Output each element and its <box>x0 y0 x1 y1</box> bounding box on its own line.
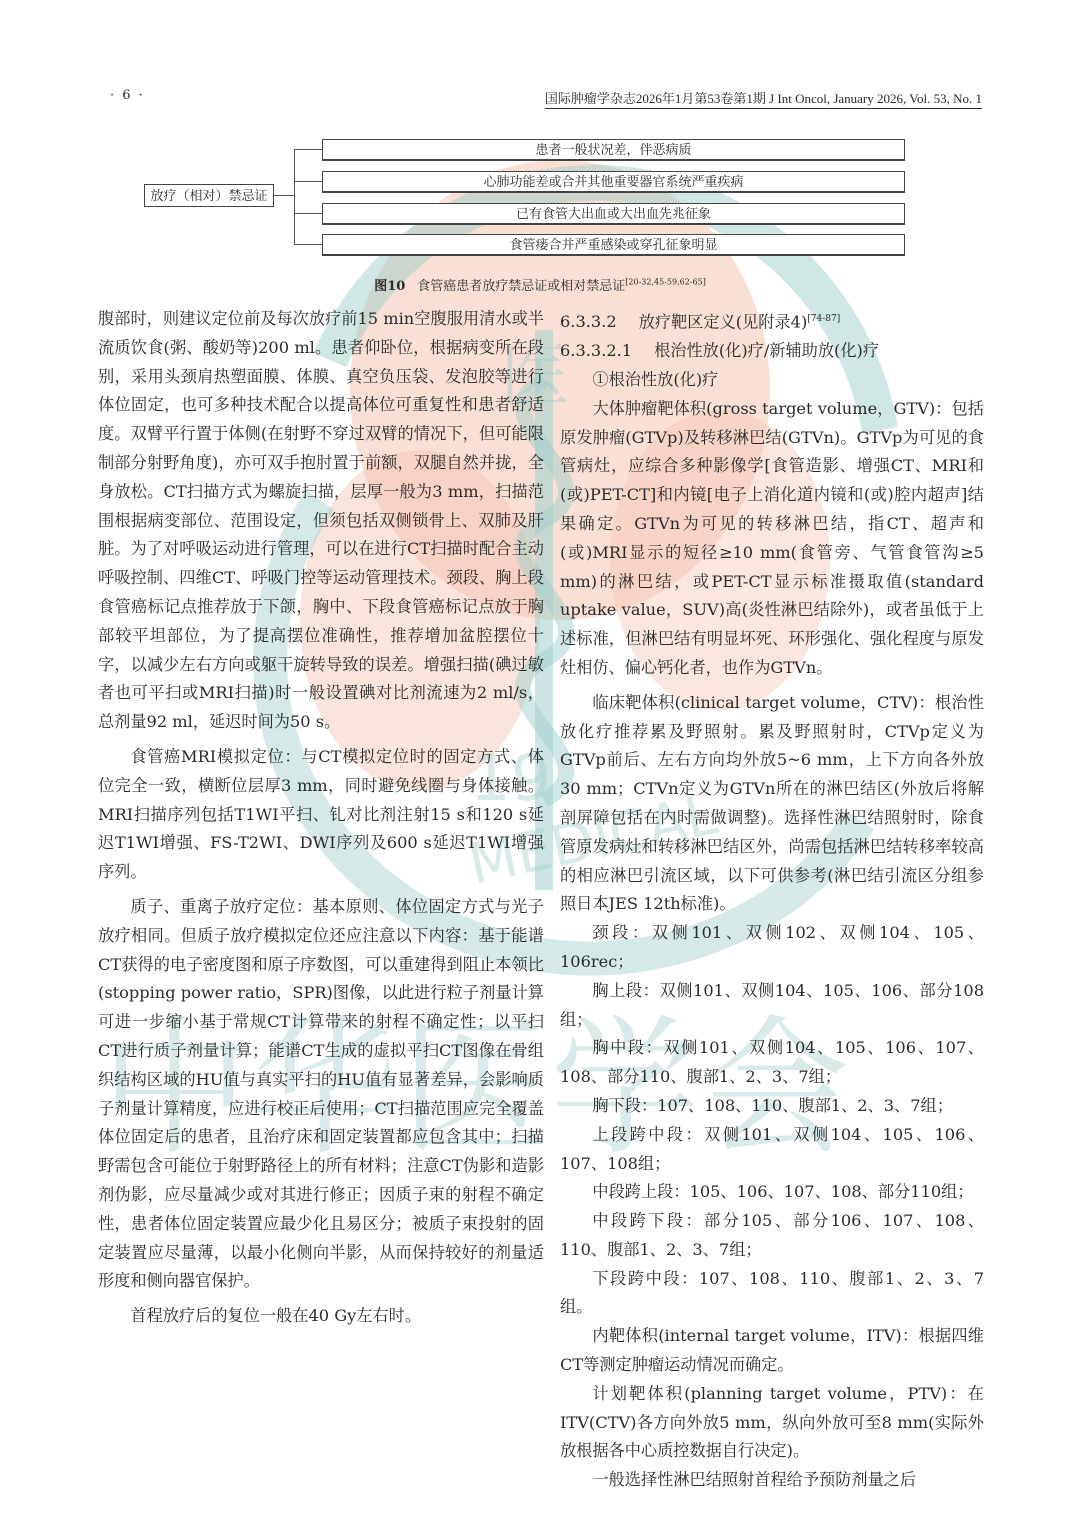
lymph-group-item: 颈段：双侧101、双侧102、双侧104、105、106rec； <box>560 919 984 977</box>
paragraph: 一般选择性淋巴结照射首程给予预防剂量之后 <box>560 1466 984 1495</box>
connector-line <box>294 181 322 182</box>
diagram-root-node: 放疗（相对）禁忌证 <box>144 184 274 207</box>
section-refs: [74-87] <box>807 314 840 324</box>
item-title: ①根治性放(化)疗 <box>560 366 984 395</box>
contraindication-diagram: 放疗（相对）禁忌证 患者一般状况差，伴恶病质 心肺功能差或合并其他重要器官系统严… <box>140 138 910 268</box>
connector-line <box>274 195 294 196</box>
diagram-branch-node: 心肺功能差或合并其他重要器官系统严重疾病 <box>322 171 905 193</box>
paragraph: 腹部时，则建议定位前及每次放疗前15 min空腹服用清水或半流质饮食(粥、酸奶等… <box>98 305 544 737</box>
section-heading: 6.3.3.2放疗靶区定义(见附录4)[74-87] <box>560 305 984 337</box>
lymph-group-item: 上段跨中段：双侧101、双侧104、105、106、107、108组； <box>560 1121 984 1179</box>
lymph-group-item: 中段跨上段：105、106、107、108、部分110组； <box>560 1178 984 1207</box>
paragraph: 内靶体积(internal target volume，ITV)：根据四维CT等… <box>560 1322 984 1380</box>
subsection-title: 根治性放(化)疗/新辅助放(化)疗 <box>654 341 879 360</box>
paragraph: 首程放疗后的复位一般在40 Gy左右时。 <box>98 1302 544 1331</box>
page-header: · 6 · 国际肿瘤学杂志2026年1月第53卷第1期 J Int Oncol,… <box>110 88 982 110</box>
left-column: 腹部时，则建议定位前及每次放疗前15 min空腹服用清水或半流质饮食(粥、酸奶等… <box>98 305 544 1331</box>
lymph-group-item: 下段跨中段：107、108、110、腹部1、2、3、7组。 <box>560 1265 984 1323</box>
lymph-group-item: 胸中段：双侧101、双侧104、105、106、107、108、部分110、腹部… <box>560 1034 984 1092</box>
diagram-branch-node: 已有食管大出血或大出血先兆征象 <box>322 203 905 225</box>
paragraph: 食管癌MRI模拟定位：与CT模拟定位时的固定方式、体位完全一致，横断位层厚3 m… <box>98 743 544 887</box>
page-number: · 6 · <box>110 88 145 103</box>
connector-line <box>294 149 322 150</box>
diagram-branch-node: 食管瘘合并严重感染或穿孔征象明显 <box>322 234 905 256</box>
lymph-group-item: 胸上段：双侧101、双侧104、105、106、部分108组； <box>560 977 984 1035</box>
paragraph: 计划靶体积(planning target volume，PTV)：在ITV(C… <box>560 1380 984 1466</box>
connector-line <box>294 244 322 245</box>
right-column: 6.3.3.2放疗靶区定义(见附录4)[74-87] 6.3.3.2.1根治性放… <box>560 305 984 1495</box>
section-title: 放疗靶区定义(见附录4) <box>639 312 808 331</box>
subsection-number: 6.3.3.2.1 <box>560 337 632 366</box>
figure-label: 图10 <box>374 279 405 294</box>
paragraph: 临床靶体积(clinical target volume，CTV)：根治性放化疗… <box>560 689 984 919</box>
section-number: 6.3.3.2 <box>560 308 617 337</box>
paragraph: 大体肿瘤靶体积(gross target volume，GTV)：包括原发肿瘤(… <box>560 395 984 683</box>
subsection-heading: 6.3.3.2.1根治性放(化)疗/新辅助放(化)疗 <box>560 337 984 366</box>
figure-caption: 图10食管癌患者放疗禁忌证或相对禁忌证[20-32,45-59,62-65] <box>0 275 1080 294</box>
lymph-group-item: 胸下段：107、108、110、腹部1、2、3、7组； <box>560 1092 984 1121</box>
figure-caption-text: 食管癌患者放疗禁忌证或相对禁忌证 <box>417 279 625 294</box>
lymph-group-item: 中段跨下段：部分105、部分106、107、108、110、腹部1、2、3、7组… <box>560 1207 984 1265</box>
journal-citation: 国际肿瘤学杂志2026年1月第53卷第1期 J Int Oncol, Janua… <box>545 88 982 109</box>
diagram-branch-node: 患者一般状况差，伴恶病质 <box>322 139 905 161</box>
connector-trunk <box>294 149 295 244</box>
connector-line <box>294 213 322 214</box>
paragraph: 质子、重离子放疗定位：基本原则、体位固定方式与光子放疗相同。但质子放疗模拟定位还… <box>98 893 544 1296</box>
figure-refs: [20-32,45-59,62-65] <box>625 278 706 287</box>
